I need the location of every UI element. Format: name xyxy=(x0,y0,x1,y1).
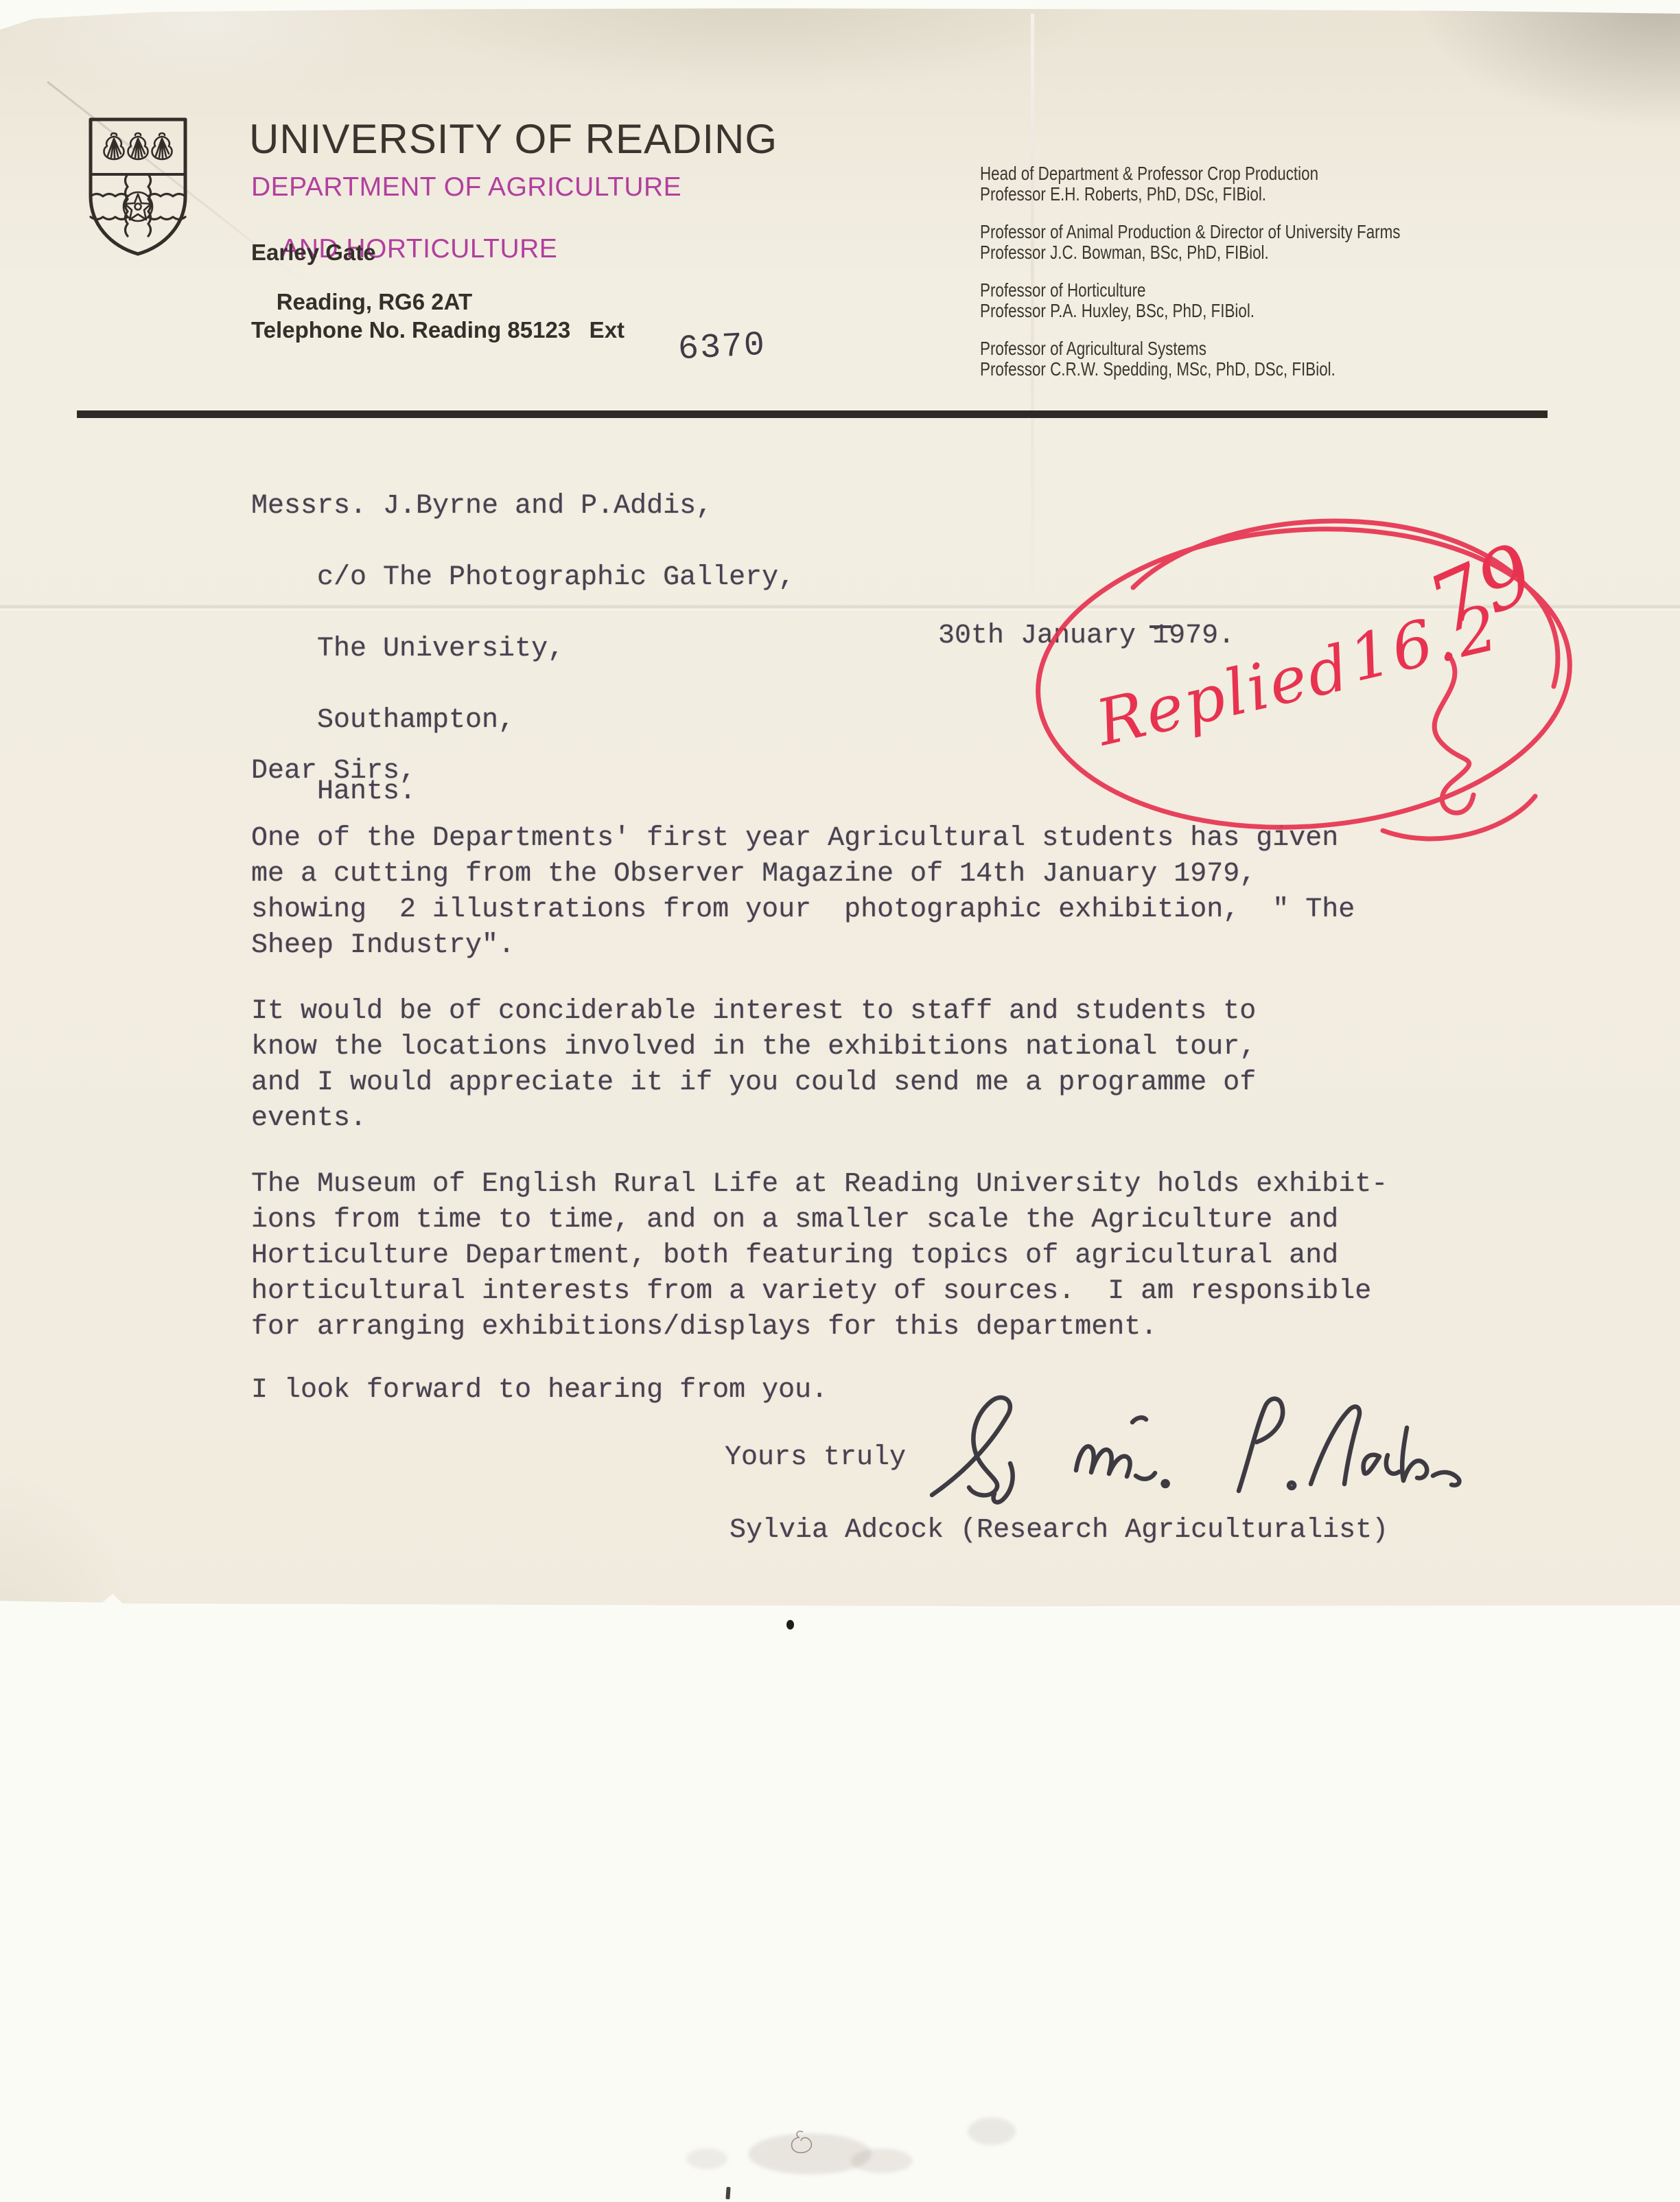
dust-smudge xyxy=(851,2148,913,2173)
recipient-line: c/o The Photographic Gallery, xyxy=(317,562,795,593)
hair-squiggle xyxy=(782,2126,824,2168)
department-line1: DEPARTMENT OF AGRICULTURE xyxy=(251,172,681,202)
professor-name: Professor J.C. Bowman, BSc, PhD, FIBiol. xyxy=(980,242,1441,263)
dust-smudge xyxy=(686,2148,727,2169)
professor-entry: Professor of Agricultural Systems Profes… xyxy=(980,338,1441,380)
closing-valediction: Yours truly xyxy=(725,1440,906,1476)
university-name: UNIVERSITY OF READING xyxy=(249,115,778,163)
dust-smudge xyxy=(968,2118,1016,2145)
replied-stamp-annotation: Replied 16.2 79 xyxy=(999,507,1609,857)
salutation: Dear Sirs, xyxy=(251,754,416,789)
letterhead-divider-rule xyxy=(77,410,1548,418)
body-paragraph-2: It would be of conciderable interest to … xyxy=(251,994,1256,1137)
recipient-line: Southampton, xyxy=(317,705,515,736)
recipient-line: Messrs. J.Byrne and P.Addis, xyxy=(251,491,712,522)
professor-role: Professor of Horticulture xyxy=(980,280,1441,301)
stamp-underline-flourish xyxy=(1383,796,1535,839)
professor-name: Professor E.H. Roberts, PhD, DSc, FIBiol… xyxy=(980,184,1441,205)
scanned-letter-page: UNIVERSITY OF READING DEPARTMENT OF AGRI… xyxy=(0,0,1680,2202)
professor-name: Professor C.R.W. Spedding, MSc, PhD, DSc… xyxy=(980,359,1441,380)
telephone-line: Telephone No. Reading 85123 Ext xyxy=(251,317,625,343)
professor-name: Professor P.A. Huxley, BSc, PhD, FIBiol. xyxy=(980,301,1441,321)
professor-role: Head of Department & Professor Crop Prod… xyxy=(980,163,1441,184)
professor-entry: Professor of Horticulture Professor P.A.… xyxy=(980,280,1441,321)
stamp-handwriting-word: Replied xyxy=(1088,631,1357,761)
body-paragraph-3: The Museum of English Rural Life at Read… xyxy=(251,1167,1388,1345)
ink-speck xyxy=(786,1620,794,1630)
professors-list: Head of Department & Professor Crop Prod… xyxy=(980,163,1441,397)
professor-entry: Professor of Animal Production & Directo… xyxy=(980,222,1441,263)
body-paragraph-4: I look forward to hearing from you. xyxy=(251,1373,828,1409)
letterhead-address-line2: Reading, RG6 2AT xyxy=(277,289,472,314)
handwritten-signature xyxy=(926,1387,1475,1517)
university-crest-icon xyxy=(86,115,189,258)
pen-tick-mark xyxy=(725,2187,730,2199)
recipient-line: The University, xyxy=(317,634,564,664)
scallop-shells xyxy=(104,133,172,159)
engrailed-cross xyxy=(91,174,185,236)
letterhead-address: Earley Gate Reading, RG6 2AT xyxy=(251,240,472,314)
professor-role: Professor of Animal Production & Directo… xyxy=(980,222,1441,242)
letterhead-address-line1: Earley Gate xyxy=(251,240,376,265)
tudor-rose xyxy=(124,192,152,221)
extension-number-handwritten: 6370 xyxy=(677,326,767,370)
professor-entry: Head of Department & Professor Crop Prod… xyxy=(980,163,1441,205)
typed-signature-name: Sylvia Adcock (Research Agriculturalist) xyxy=(730,1513,1388,1549)
professor-role: Professor of Agricultural Systems xyxy=(980,338,1441,359)
